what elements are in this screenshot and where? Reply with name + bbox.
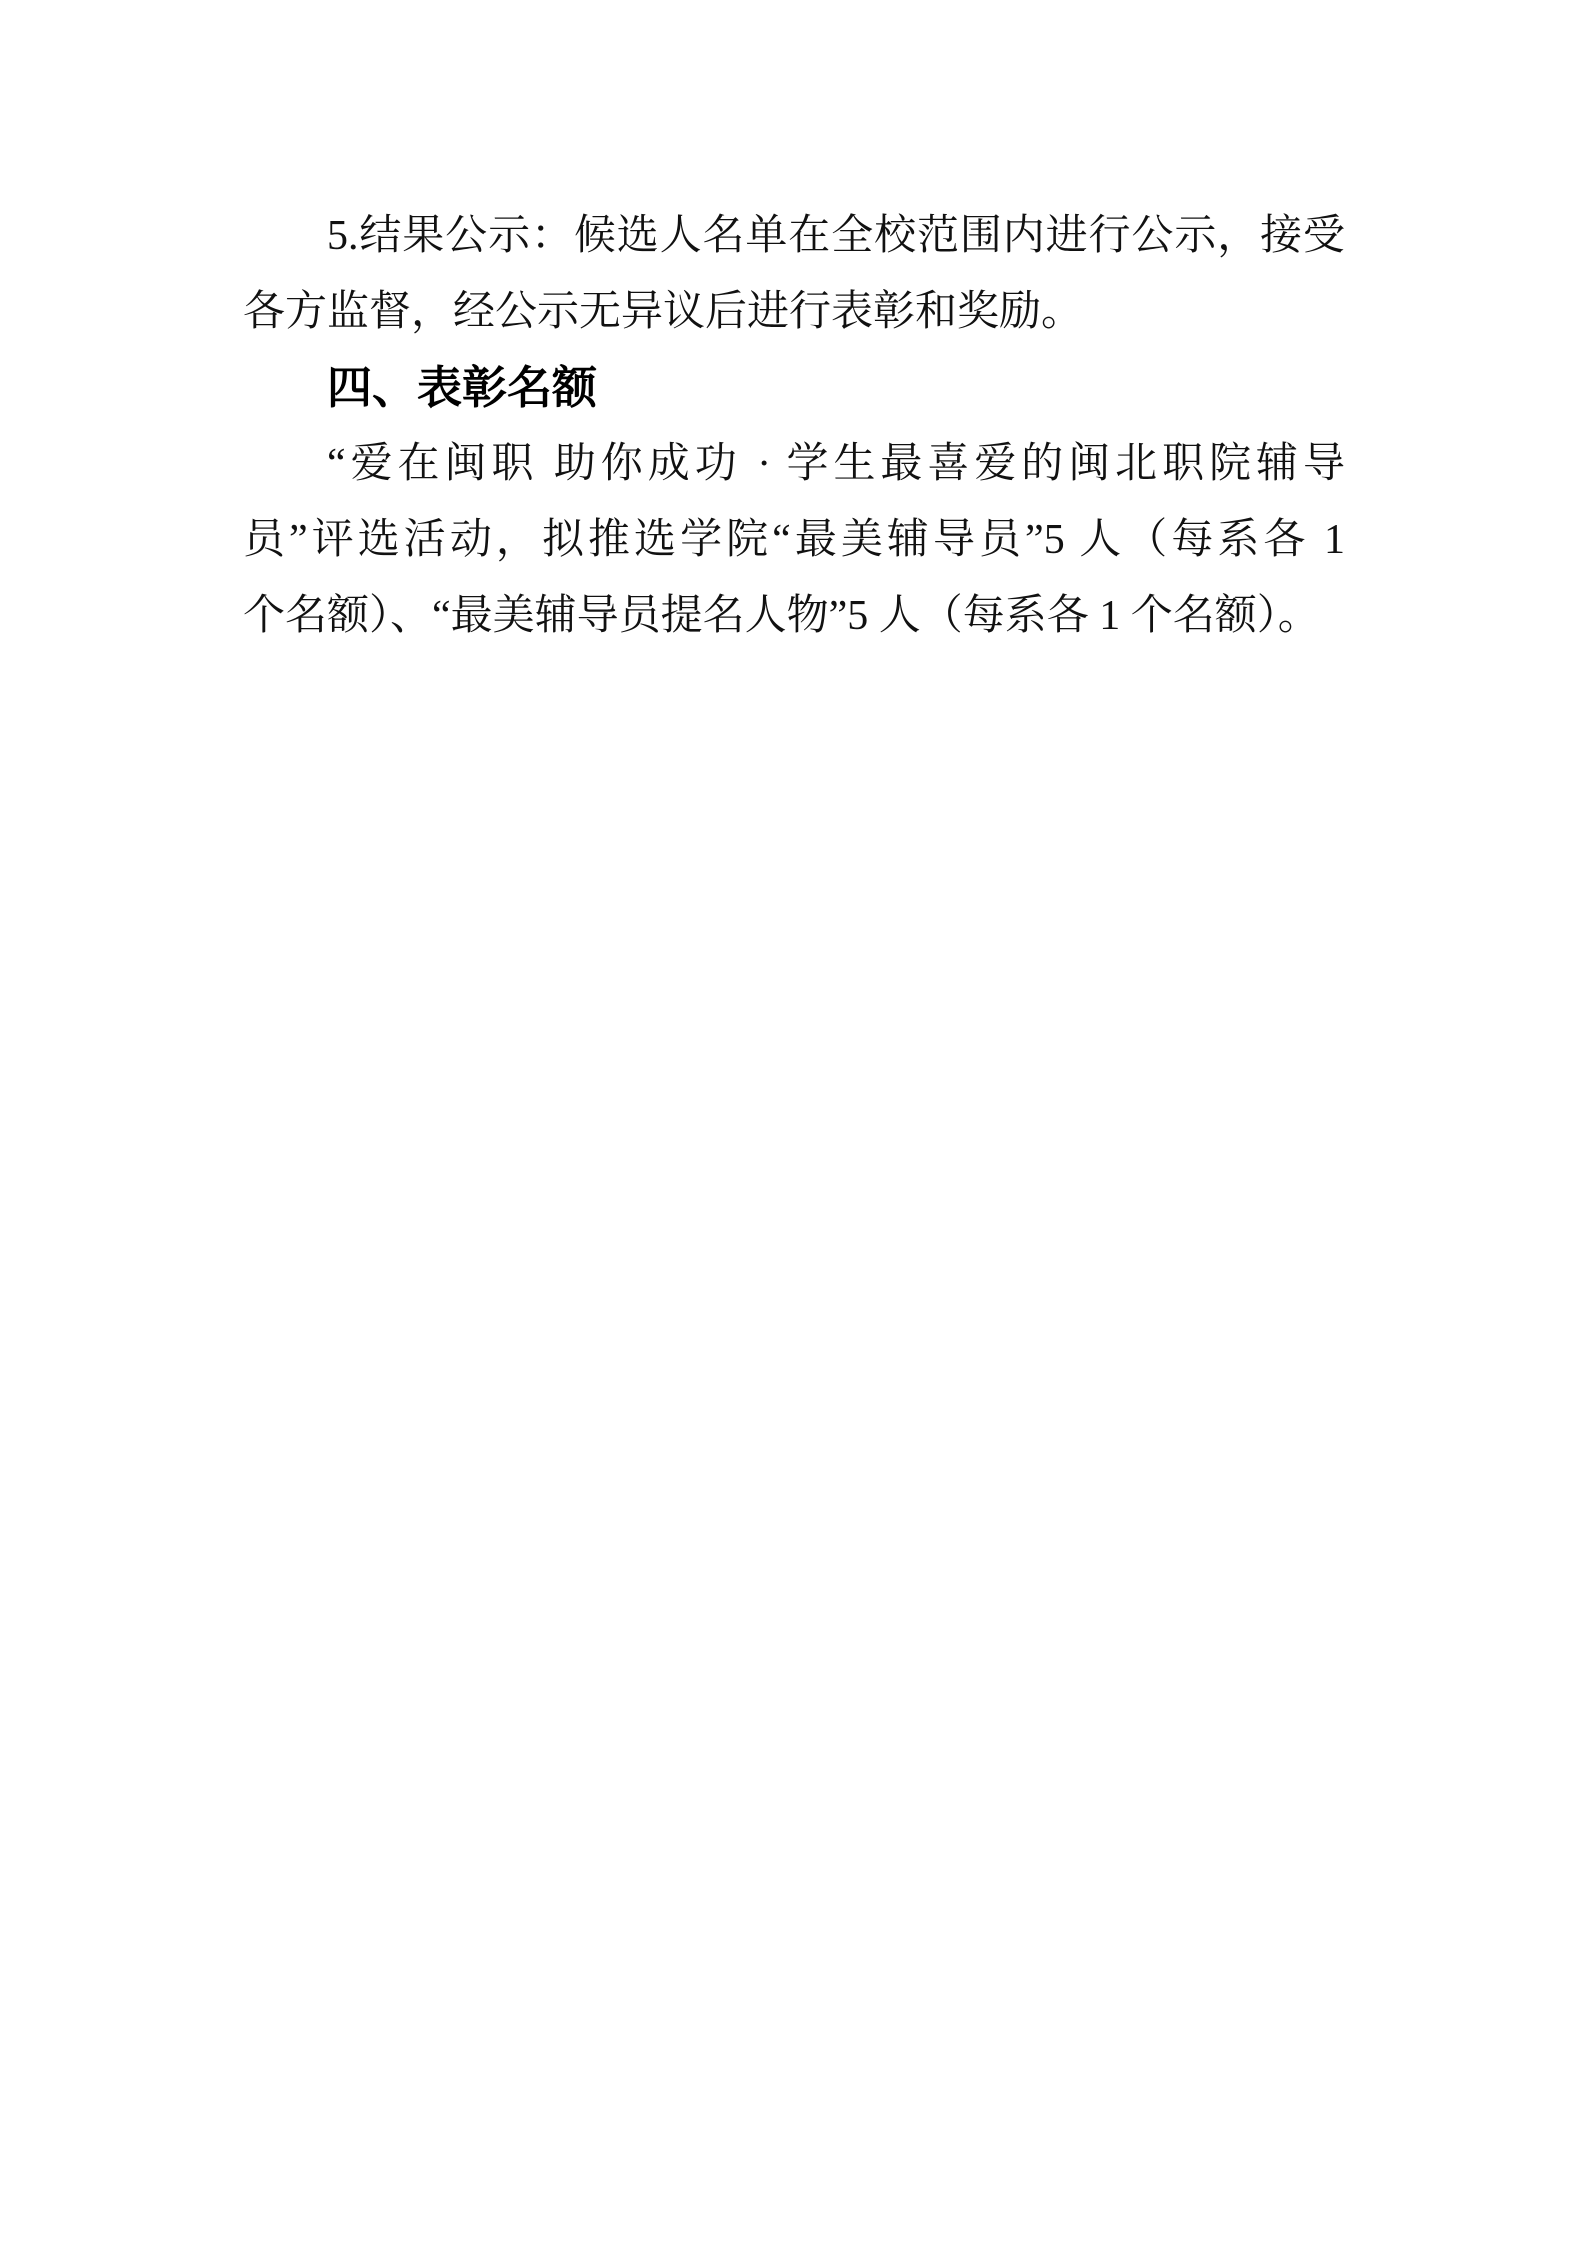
document-page: 5.结果公示：候选人名单在全校范围内进行公示，接受 各方监督，经公示无异议后进行… [0,0,1587,2245]
paragraph-results-publicity-line-1: 5.结果公示：候选人名单在全校范围内进行公示，接受 [243,198,1345,274]
paragraph-quota-detail-line-2: 员”评选活动，拟推选学院“最美辅导员”5 人（每系各 1 [243,502,1345,578]
paragraph-quota-detail-line-3: 个名额）、“最美辅导员提名人物”5 人（每系各 1 个名额）。 [243,578,1345,654]
paragraph-results-publicity-line-2: 各方监督，经公示无异议后进行表彰和奖励。 [243,274,1345,350]
paragraph-quota-detail-line-1: “爱在闽职 助你成功 · 学生最喜爱的闽北职院辅导 [243,426,1345,502]
section-heading-commendation-quota: 四、表彰名额 [243,350,1345,426]
text-block: 5.结果公示：候选人名单在全校范围内进行公示，接受 各方监督，经公示无异议后进行… [243,198,1345,654]
